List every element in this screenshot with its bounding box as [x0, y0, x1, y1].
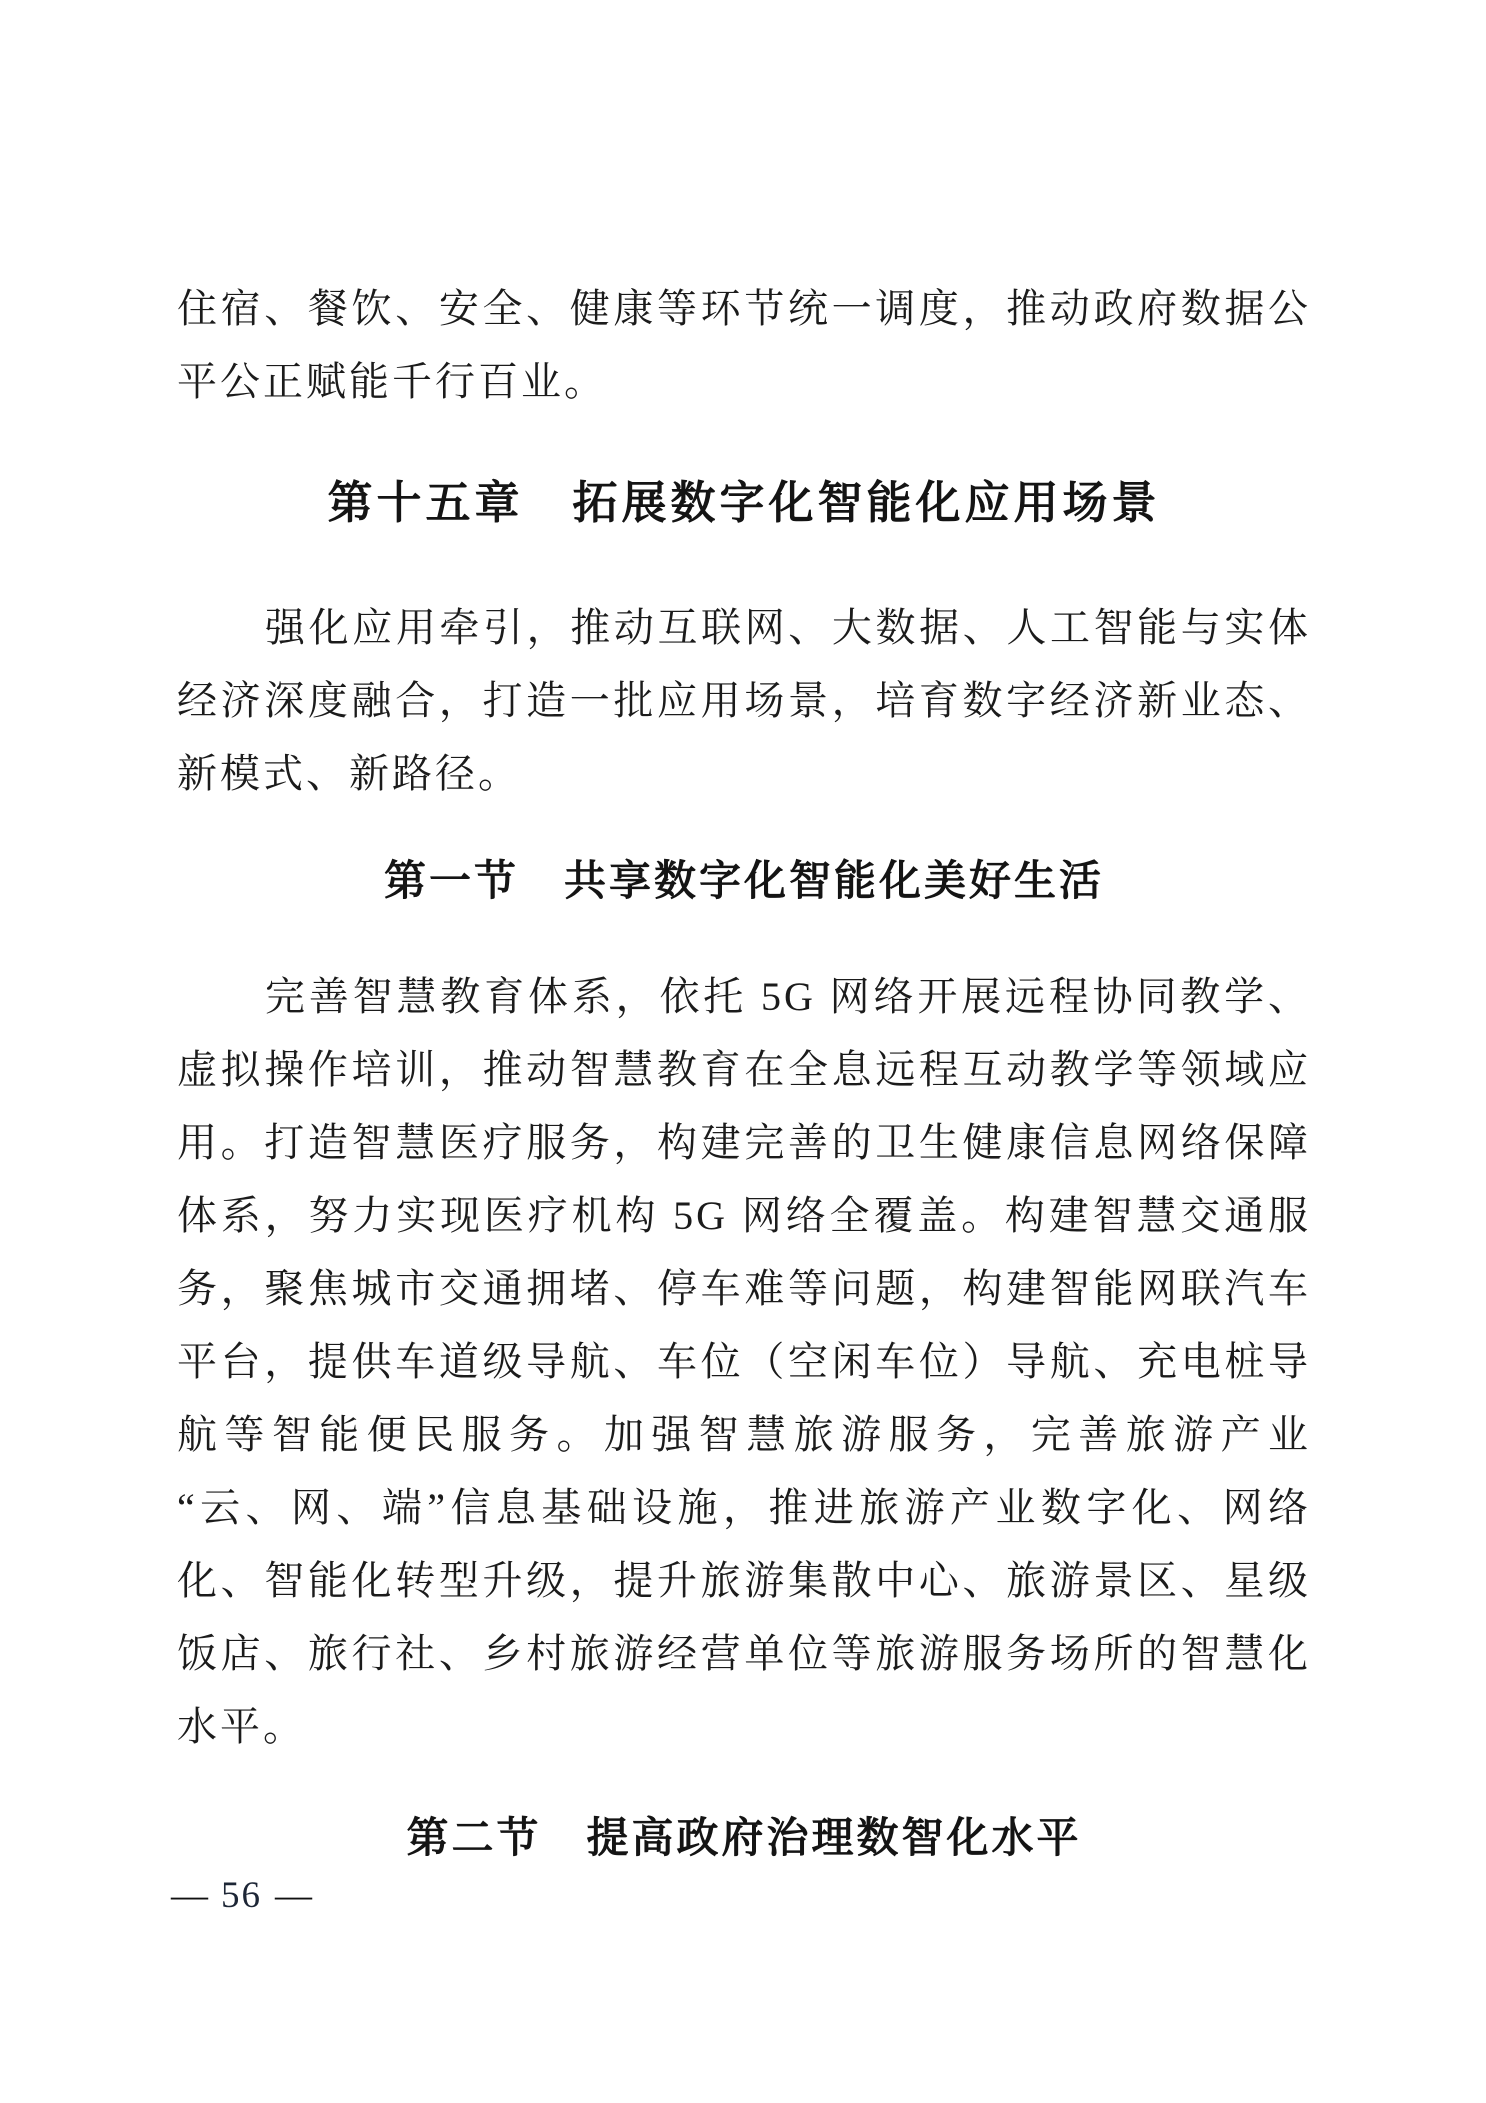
footer-page-number: 56	[221, 1874, 262, 1918]
page-content: 住宿、餐饮、安全、健康等环节统一调度，推动政府数据公平公正赋能千行百业。 第十五…	[177, 272, 1311, 1868]
paragraph-continuation: 住宿、餐饮、安全、健康等环节统一调度，推动政府数据公平公正赋能千行百业。	[177, 272, 1311, 418]
section-1-paragraph: 完善智慧教育体系，依托 5G 网络开展远程协同教学、虚拟操作培训，推动智慧教育在…	[177, 960, 1311, 1763]
page-footer: — 56 —	[171, 1874, 312, 1918]
section-2-heading: 第二节 提高政府治理数智化水平	[177, 1810, 1311, 1868]
document-page: 住宿、餐饮、安全、健康等环节统一调度，推动政府数据公平公正赋能千行百业。 第十五…	[0, 0, 1486, 2103]
chapter-intro-paragraph: 强化应用牵引，推动互联网、大数据、人工智能与实体经济深度融合，打造一批应用场景，…	[177, 591, 1311, 810]
footer-dash-right: —	[275, 1874, 312, 1918]
section-1-heading: 第一节 共享数字化智能化美好生活	[177, 853, 1311, 911]
chapter-heading: 第十五章 拓展数字化智能化应用场景	[177, 472, 1311, 534]
footer-dash-left: —	[171, 1874, 208, 1918]
